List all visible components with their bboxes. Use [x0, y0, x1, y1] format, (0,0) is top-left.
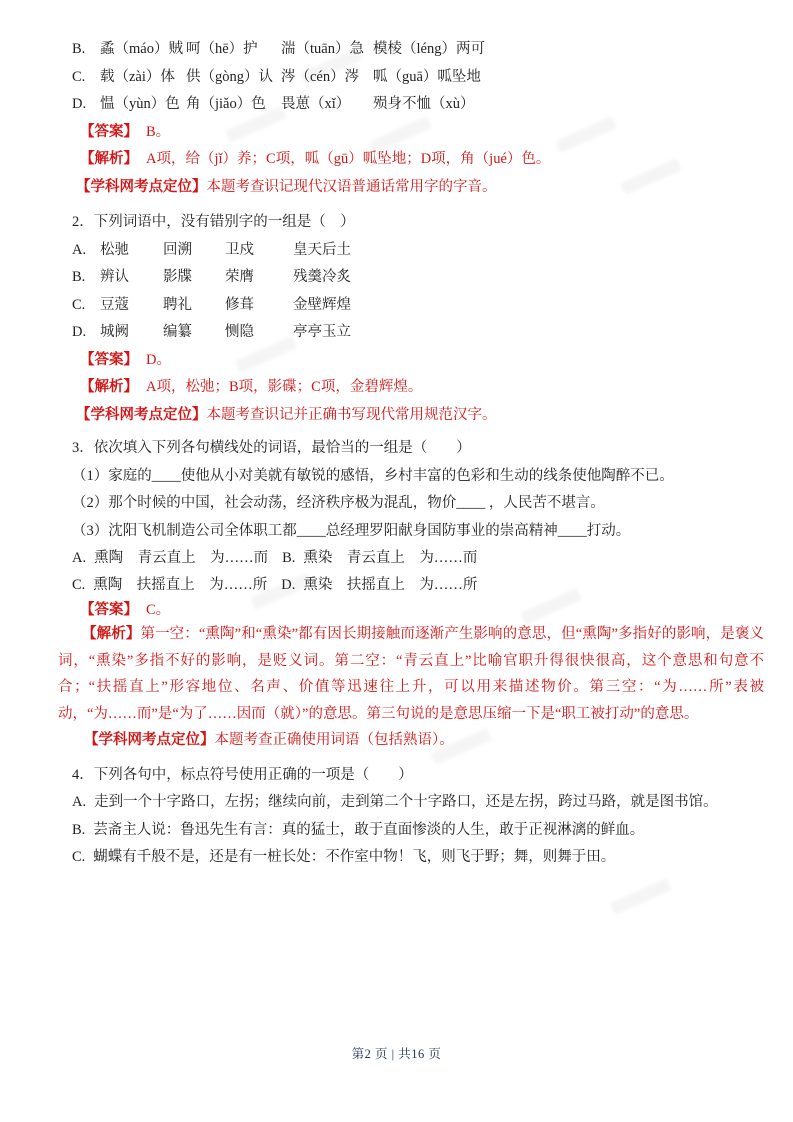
q2-option-a-item-1: 松驰 — [100, 237, 163, 265]
q1-option-b-item-2: 呵（hē）护 — [186, 36, 281, 64]
q1-option-c-item-1: 载（zài）体 — [100, 64, 186, 92]
question-3-block: 3．依次填入下列各句横线处的词语，最恰当的一组是（ ） （1）家庭的____使他… — [72, 435, 755, 755]
q3-option-a: A.熏陶 青云直上 为……而 — [72, 545, 268, 572]
question-2-block: 2．下列词语中，没有错别字的一组是（ ） A. 松驰 回溯 卫戍 皇天后土 B.… — [72, 209, 755, 429]
q2-option-b-item-3: 荣膺 — [225, 264, 293, 292]
document-page: B. 蟊（máo）贼 呵（hē）护 湍（tuān）急 模棱（léng）两可 C.… — [0, 0, 793, 1122]
q3-focus-text: 本题考查正确使用词语（包括熟语）。 — [215, 732, 454, 748]
q2-option-c: C. 豆蔻 聘礼 修葺 金壁辉煌 — [72, 292, 755, 320]
q2-option-a-item-4: 皇天后土 — [293, 237, 755, 265]
q1-option-b: B. 蟊（máo）贼 呵（hē）护 湍（tuān）急 模棱（léng）两可 — [72, 36, 755, 64]
q1-option-c-label: C. — [72, 64, 100, 92]
q1-option-b-item-3: 湍（tuān）急 — [281, 36, 373, 64]
focus-label: 【学科网考点定位】 — [76, 179, 207, 195]
q3-sentence-1: （1）家庭的____使他从小对美就有敏锐的感悟，乡村丰富的色彩和生动的线条使他陶… — [72, 463, 755, 491]
q3-option-c-label: C. — [72, 572, 85, 599]
q1-option-d-item-2: 角（jiǎo）色 — [186, 91, 281, 119]
q3-sentence-3: （3）沈阳飞机制造公司全体职工都____总经理罗阳献身国防事业的崇高精神____… — [72, 518, 755, 546]
q3-option-a-label: A. — [72, 545, 86, 572]
q3-option-b-text: 熏染 青云直上 为……而 — [303, 550, 477, 566]
q1-option-d-label: D. — [72, 91, 100, 119]
q2-option-b-item-4: 残羹冷炙 — [293, 264, 755, 292]
q3-option-c: C.熏陶 扶摇直上 为……所 — [72, 572, 267, 599]
q2-option-b-item-2: 影牒 — [163, 264, 225, 292]
q4-option-c-text: 蝴蝶有千般不是，还是有一桩长处：不作室中物！飞，则飞于野；舞，则舞于田。 — [93, 849, 615, 865]
q1-option-c-item-4: 呱（guā）呱坠地 — [373, 64, 481, 92]
q2-analysis-text: A项，松弛；B项，影碟；C项，金碧辉煌。 — [146, 379, 422, 395]
q2-option-a-label: A. — [72, 237, 100, 265]
q1-answer-value: B。 — [146, 124, 170, 140]
analysis-label: 【解析】 — [80, 379, 138, 395]
q1-option-c: C. 载（zài）体 供（gòng）认 涔（cén）涔 呱（guā）呱坠地 — [72, 64, 755, 92]
q2-option-d-label: D. — [72, 319, 100, 347]
q2-option-b-label: B. — [72, 264, 100, 292]
q3-analysis-text: 第一空：“熏陶”和“熏染”都有因长期接触而逐渐产生影响的意思，但“熏陶”多指好的… — [58, 626, 764, 722]
q1-option-b-item-4: 模棱（léng）两可 — [373, 36, 485, 64]
question-4-block: 4．下列各句中，标点符号使用正确的一项是（ ） A.走到一个十字路口，左拐；继续… — [72, 762, 755, 872]
analysis-label: 【解析】 — [80, 151, 138, 167]
page-footer: 第2 页 | 共16 页 — [0, 1044, 793, 1062]
q2-answer-line: 【答案】D。 — [72, 347, 755, 375]
q3-analysis-paragraph: 【解析】第一空：“熏陶”和“熏染”都有因长期接触而逐渐产生影响的意思，但“熏陶”… — [58, 621, 764, 727]
q4-option-b-text: 芸斋主人说：鲁迅先生有言：真的猛士，敢于直面惨淡的人生，敢于正视淋漓的鲜血。 — [93, 822, 644, 838]
q2-option-c-item-3: 修葺 — [225, 292, 293, 320]
q2-option-d-item-3: 恻隐 — [225, 319, 293, 347]
focus-label: 【学科网考点定位】 — [84, 732, 215, 748]
q1-option-b-label: B. — [72, 36, 100, 64]
q2-option-c-label: C. — [72, 292, 100, 320]
q3-stem: 3．依次填入下列各句横线处的词语，最恰当的一组是（ ） — [72, 435, 755, 463]
q1-analysis-line: 【解析】A项，给（jǐ）养；C项，呱（gū）呱坠地；D项，角（jué）色。 — [72, 146, 755, 174]
q3-option-a-text: 熏陶 青云直上 为……而 — [94, 550, 268, 566]
q1-option-c-item-2: 供（gòng）认 — [186, 64, 281, 92]
q3-option-c-text: 熏陶 扶摇直上 为……所 — [93, 577, 267, 593]
q1-analysis-text: A项，给（jǐ）养；C项，呱（gū）呱坠地；D项，角（jué）色。 — [146, 151, 550, 167]
analysis-label: 【解析】 — [82, 626, 140, 642]
q3-option-b: B.熏染 青云直上 为……而 — [282, 545, 477, 572]
q3-options-row-cd: C.熏陶 扶摇直上 为……所 D.熏染 扶摇直上 为……所 — [72, 572, 755, 599]
q4-option-b: B.芸斋主人说：鲁迅先生有言：真的猛士，敢于直面惨淡的人生，敢于正视淋漓的鲜血。 — [72, 817, 755, 845]
q4-option-b-label: B. — [72, 817, 85, 845]
q3-option-d: D.熏染 扶摇直上 为……所 — [281, 572, 477, 599]
q2-option-b: B. 辨认 影牒 荣膺 残羹冷炙 — [72, 264, 755, 292]
question-1-block: B. 蟊（máo）贼 呵（hē）护 湍（tuān）急 模棱（léng）两可 C.… — [72, 36, 755, 201]
q2-option-c-item-4: 金壁辉煌 — [293, 292, 755, 320]
q2-analysis-line: 【解析】A项，松弛；B项，影碟；C项，金碧辉煌。 — [72, 374, 755, 402]
q2-option-c-item-1: 豆蔻 — [100, 292, 163, 320]
q1-option-c-item-3: 涔（cén）涔 — [281, 64, 373, 92]
q1-focus-text: 本题考查识记现代汉语普通话常用字的字音。 — [207, 179, 497, 195]
q4-stem: 4．下列各句中，标点符号使用正确的一项是（ ） — [72, 762, 755, 790]
q2-focus-line: 【学科网考点定位】本题考查识记并正确书写现代常用规范汉字。 — [72, 402, 755, 430]
q1-focus-line: 【学科网考点定位】本题考查识记现代汉语普通话常用字的字音。 — [72, 174, 755, 202]
q1-option-d-item-3: 畏葸（xǐ） — [281, 91, 373, 119]
q3-answer-value: C。 — [146, 602, 170, 618]
watermark-smudge — [610, 878, 672, 915]
q3-option-d-text: 熏染 扶摇直上 为……所 — [303, 577, 477, 593]
q2-option-a-item-3: 卫戍 — [225, 237, 293, 265]
answer-label: 【答案】 — [80, 124, 138, 140]
q2-focus-text: 本题考查识记并正确书写现代常用规范汉字。 — [207, 407, 497, 423]
answer-label: 【答案】 — [80, 352, 138, 368]
q2-option-a: A. 松驰 回溯 卫戍 皇天后土 — [72, 237, 755, 265]
q2-option-a-item-2: 回溯 — [163, 237, 225, 265]
q1-option-b-item-1: 蟊（máo）贼 — [100, 36, 186, 64]
q4-option-c: C.蝴蝶有千般不是，还是有一桩长处：不作室中物！飞，则飞于野；舞，则舞于田。 — [72, 844, 755, 872]
q2-option-d-item-2: 编纂 — [163, 319, 225, 347]
q4-option-a-text: 走到一个十字路口，左拐；继续向前，走到第二个十字路口，还是左拐，跨过马路，就是图… — [94, 794, 718, 810]
page-content: B. 蟊（máo）贼 呵（hē）护 湍（tuān）急 模棱（léng）两可 C.… — [0, 0, 793, 872]
q2-option-d: D. 城阙 编纂 恻隐 亭亭玉立 — [72, 319, 755, 347]
q1-option-d-item-4: 殒身不恤（xù） — [373, 91, 475, 119]
page-number-indicator: 第2 页 | 共16 页 — [352, 1047, 442, 1061]
q4-option-a: A.走到一个十字路口，左拐；继续向前，走到第二个十字路口，还是左拐，跨过马路，就… — [72, 789, 755, 817]
q1-answer-line: 【答案】B。 — [72, 119, 755, 147]
q3-options-row-ab: A.熏陶 青云直上 为……而 B.熏染 青云直上 为……而 — [72, 545, 755, 572]
answer-label: 【答案】 — [80, 602, 138, 618]
q4-option-a-label: A. — [72, 789, 86, 817]
q3-focus-line: 【学科网考点定位】本题考查正确使用词语（包括熟语）。 — [72, 727, 755, 755]
q1-option-d-item-1: 愠（yùn）色 — [100, 91, 186, 119]
q3-sentence-2: （2）那个时候的中国，社会动荡，经济秩序极为混乱，物价____ ，人民苦不堪言。 — [72, 490, 755, 518]
q2-option-b-item-1: 辨认 — [100, 264, 163, 292]
q1-option-d: D. 愠（yùn）色 角（jiǎo）色 畏葸（xǐ） 殒身不恤（xù） — [72, 91, 755, 119]
q3-answer-line: 【答案】C。 — [72, 598, 755, 623]
focus-label: 【学科网考点定位】 — [76, 407, 207, 423]
q3-option-b-label: B. — [282, 545, 295, 572]
q2-option-d-item-1: 城阙 — [100, 319, 163, 347]
q2-option-c-item-2: 聘礼 — [163, 292, 225, 320]
q2-option-d-item-4: 亭亭玉立 — [293, 319, 755, 347]
q2-stem: 2．下列词语中，没有错别字的一组是（ ） — [72, 209, 755, 237]
q4-option-c-label: C. — [72, 844, 85, 872]
q3-option-d-label: D. — [281, 572, 295, 599]
q2-answer-value: D。 — [146, 352, 171, 368]
